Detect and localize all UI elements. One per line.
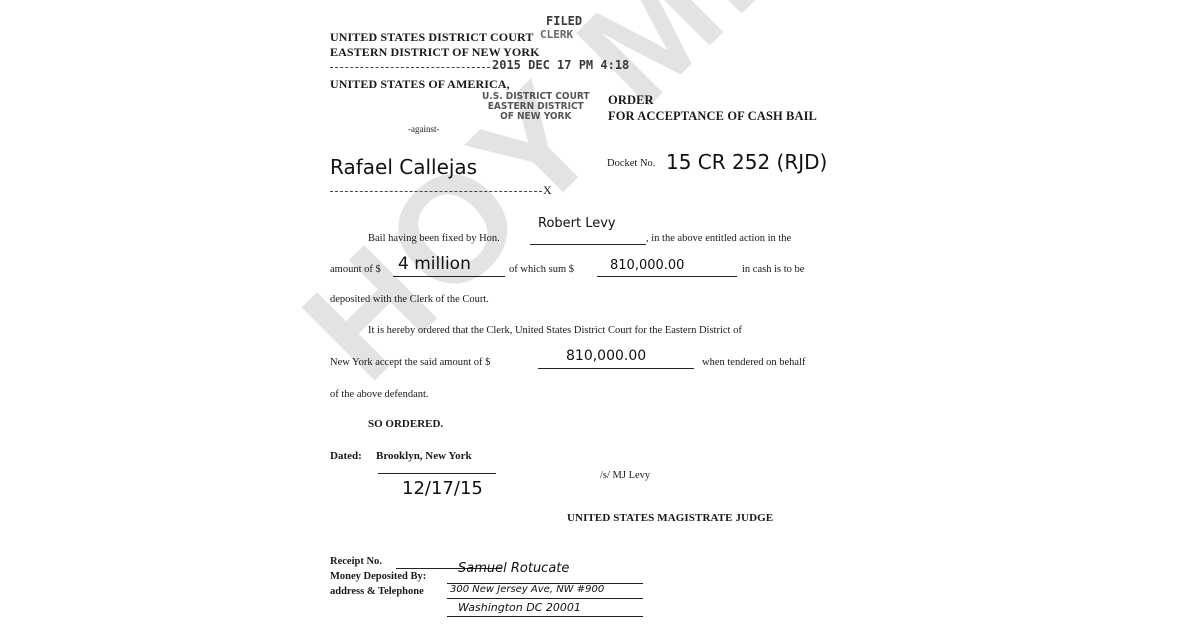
watermark: HOY MISMO <box>270 0 1047 412</box>
header-divider <box>330 67 490 68</box>
amount-line <box>393 276 505 277</box>
date-stamp: 2015 DEC 17 PM 4:18 <box>492 58 629 72</box>
p1-text-d: of which sum $ <box>509 264 574 275</box>
court-name: UNITED STATES DISTRICT COURT <box>330 30 533 45</box>
order-subtitle: FOR ACCEPTANCE OF CASH BAIL <box>608 109 817 124</box>
so-ordered: SO ORDERED. <box>368 418 443 430</box>
p1-text-e: in cash is to be <box>742 264 804 275</box>
signer-title: UNITED STATES MAGISTRATE JUDGE <box>567 512 773 524</box>
district-stamp: U.S. DISTRICT COURT EASTERN DISTRICT OF … <box>482 92 590 122</box>
defendant-name: Rafael Callejas <box>330 155 477 179</box>
p2-text-a: It is hereby ordered that the Clerk, Uni… <box>368 325 742 336</box>
judge-name: Robert Levy <box>538 216 616 231</box>
accept-line <box>538 368 694 369</box>
p1-text-b: , in the above entitled action in the <box>646 233 791 244</box>
filed-stamp: FILED <box>546 14 582 28</box>
deposited-label: Money Deposited By: <box>330 571 426 582</box>
accept-amount: 810,000.00 <box>566 348 646 364</box>
plaintiff: UNITED STATES OF AMERICA, <box>330 77 510 92</box>
order-date: 12/17/15 <box>402 478 483 499</box>
date-line <box>378 473 496 474</box>
x-mark: X <box>543 183 552 198</box>
docket-label: Docket No. <box>607 158 655 169</box>
address-underline-2 <box>447 616 643 617</box>
p1-text-a: Bail having been fixed by Hon. <box>368 233 500 244</box>
order-title: ORDER <box>608 93 654 108</box>
dated-place: Brooklyn, New York <box>376 450 472 462</box>
judge-line <box>530 244 646 245</box>
against-label: -against- <box>408 124 440 134</box>
cash-amount: 810,000.00 <box>610 258 684 273</box>
bail-amount: 4 million <box>398 254 471 274</box>
p1-text-c: amount of $ <box>330 264 381 275</box>
docket-number: 15 CR 252 (RJD) <box>666 150 827 174</box>
clerk-stamp: CLERK <box>540 28 573 41</box>
address-underline-1 <box>447 598 643 599</box>
receipt-label: Receipt No. <box>330 556 382 567</box>
p1-text-f: deposited with the Clerk of the Court. <box>330 294 489 305</box>
dated-label: Dated: <box>330 450 362 462</box>
cash-line <box>597 276 737 277</box>
p2-text-b: New York accept the said amount of $ <box>330 357 490 368</box>
address-line-1: 300 New Jersey Ave, NW #900 <box>450 584 604 595</box>
judge-signature: /s/ MJ Levy <box>600 470 650 481</box>
caption-divider <box>330 191 542 192</box>
p2-text-c: when tendered on behalf <box>702 357 806 368</box>
depositor-name: Samuel Rotucate <box>458 561 569 576</box>
p2-text-d: of the above defendant. <box>330 389 429 400</box>
address-line-2: Washington DC 20001 <box>458 601 581 614</box>
address-label: address & Telephone <box>330 586 424 597</box>
